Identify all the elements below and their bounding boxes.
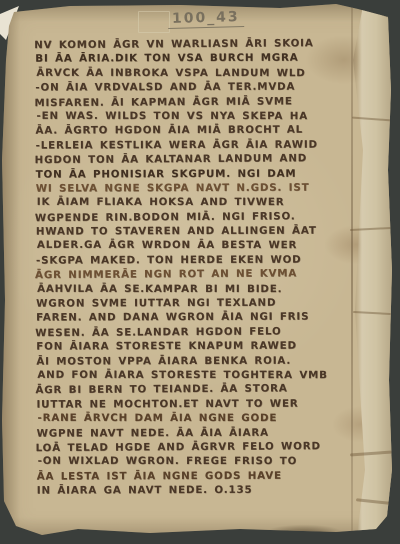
faint-pencil-box [138, 11, 170, 33]
text-line: WGPENDE RIN.BODON MIĀ. NGI FRISO. [35, 210, 357, 227]
text-line: NV KOMON ĀGR VN WARLIASN ĀRI SKOIA [34, 37, 356, 54]
text-line: ĀI MOSTON VPPA ĀIARA BENKA ROIA. [36, 354, 358, 370]
text-line: ALDER.GA ĀGR WRDON ĀA BESTA WER [37, 239, 359, 254]
text-line: ĀA. ĀGRTO HGDON ĀIA MIĀ BROCHT AL [35, 124, 357, 140]
text-line: WESEN. ĀA SE.LANDAR HGDON FELO [35, 325, 357, 342]
text-line: IUTTAR NE MOCHTON.ET NAVT TO WER [36, 397, 358, 413]
text-line: WI SELVA NGNE SKGPA NAVT N.GDS. IST [36, 181, 358, 197]
text-line: FON ĀIARA STORESTE KNAPUM RAWED [36, 340, 358, 356]
text-line: WGPNE NAVT NEDE. ĀA ĀIA ĀIARA [37, 426, 359, 442]
photo-background: { "colors": { "background": "#3a3e3b", "… [0, 0, 400, 544]
text-line: ĀGR BI BERN TO TEIANDE. ĀA STORA [35, 382, 357, 399]
manuscript-page: 100_43 NV KOMON ĀGR VN WARLIASN ĀRI SKOI… [0, 0, 400, 544]
text-line: ĀAHVILA ĀA SE.KAMPAR BI MI BIDE. [37, 282, 359, 297]
text-line: -ON WIXLAD WGRON. FREGE FRISO TO [38, 455, 360, 470]
text-line: MISFAREN. ĀI KAPMAN ĀGR MIĀ SVME [34, 94, 356, 111]
text-line: -RANE ĀRVCH DAM ĀIA NGNE GODE [38, 412, 360, 427]
text-line: IK ĀIAM FLIAKA HOKSA AND TIVWER [37, 196, 359, 211]
text-line: -ON ĀIA VRDVALSD AND ĀA TER.MVDA [35, 81, 357, 97]
text-line: ĀGR NIMMERĀE NGN ROT AN NE KVMA [35, 267, 357, 284]
text-line: ĀRVCK ĀA INBROKA VSPA LANDUM WLD [36, 67, 358, 82]
text-line: HWAND TO STAVEREN AND ALLINGEN ĀAT [36, 225, 358, 241]
manuscript-text: NV KOMON ĀGR VN WARLIASN ĀRI SKOIA BI ĀA… [35, 37, 359, 499]
text-line: FAREN. AND DANA WGRON ĀIA NGI FRIS [36, 311, 358, 327]
text-line: WGRON SVME IUTTAR NGI TEXLAND [36, 296, 358, 312]
archive-number: 100_43 [168, 9, 244, 29]
text-line: HGDON TON ĀA KALTANAR LANDUM AND [35, 152, 357, 169]
text-line: IN ĀIARA GA NAVT NEDE. O.135 [37, 484, 359, 500]
text-line: BI ĀA ĀRIA.DIK TON VSA BURCH MGRA [35, 52, 357, 68]
text-line: TON ĀA PHONISIAR SKGPUM. NGI DAM [36, 167, 358, 183]
text-line: -EN WAS. WILDS TON VS NYA SKEPA HA [36, 110, 358, 125]
text-line: ĀA LESTA IST ĀIA NGNE GODS HAVE [37, 469, 359, 485]
